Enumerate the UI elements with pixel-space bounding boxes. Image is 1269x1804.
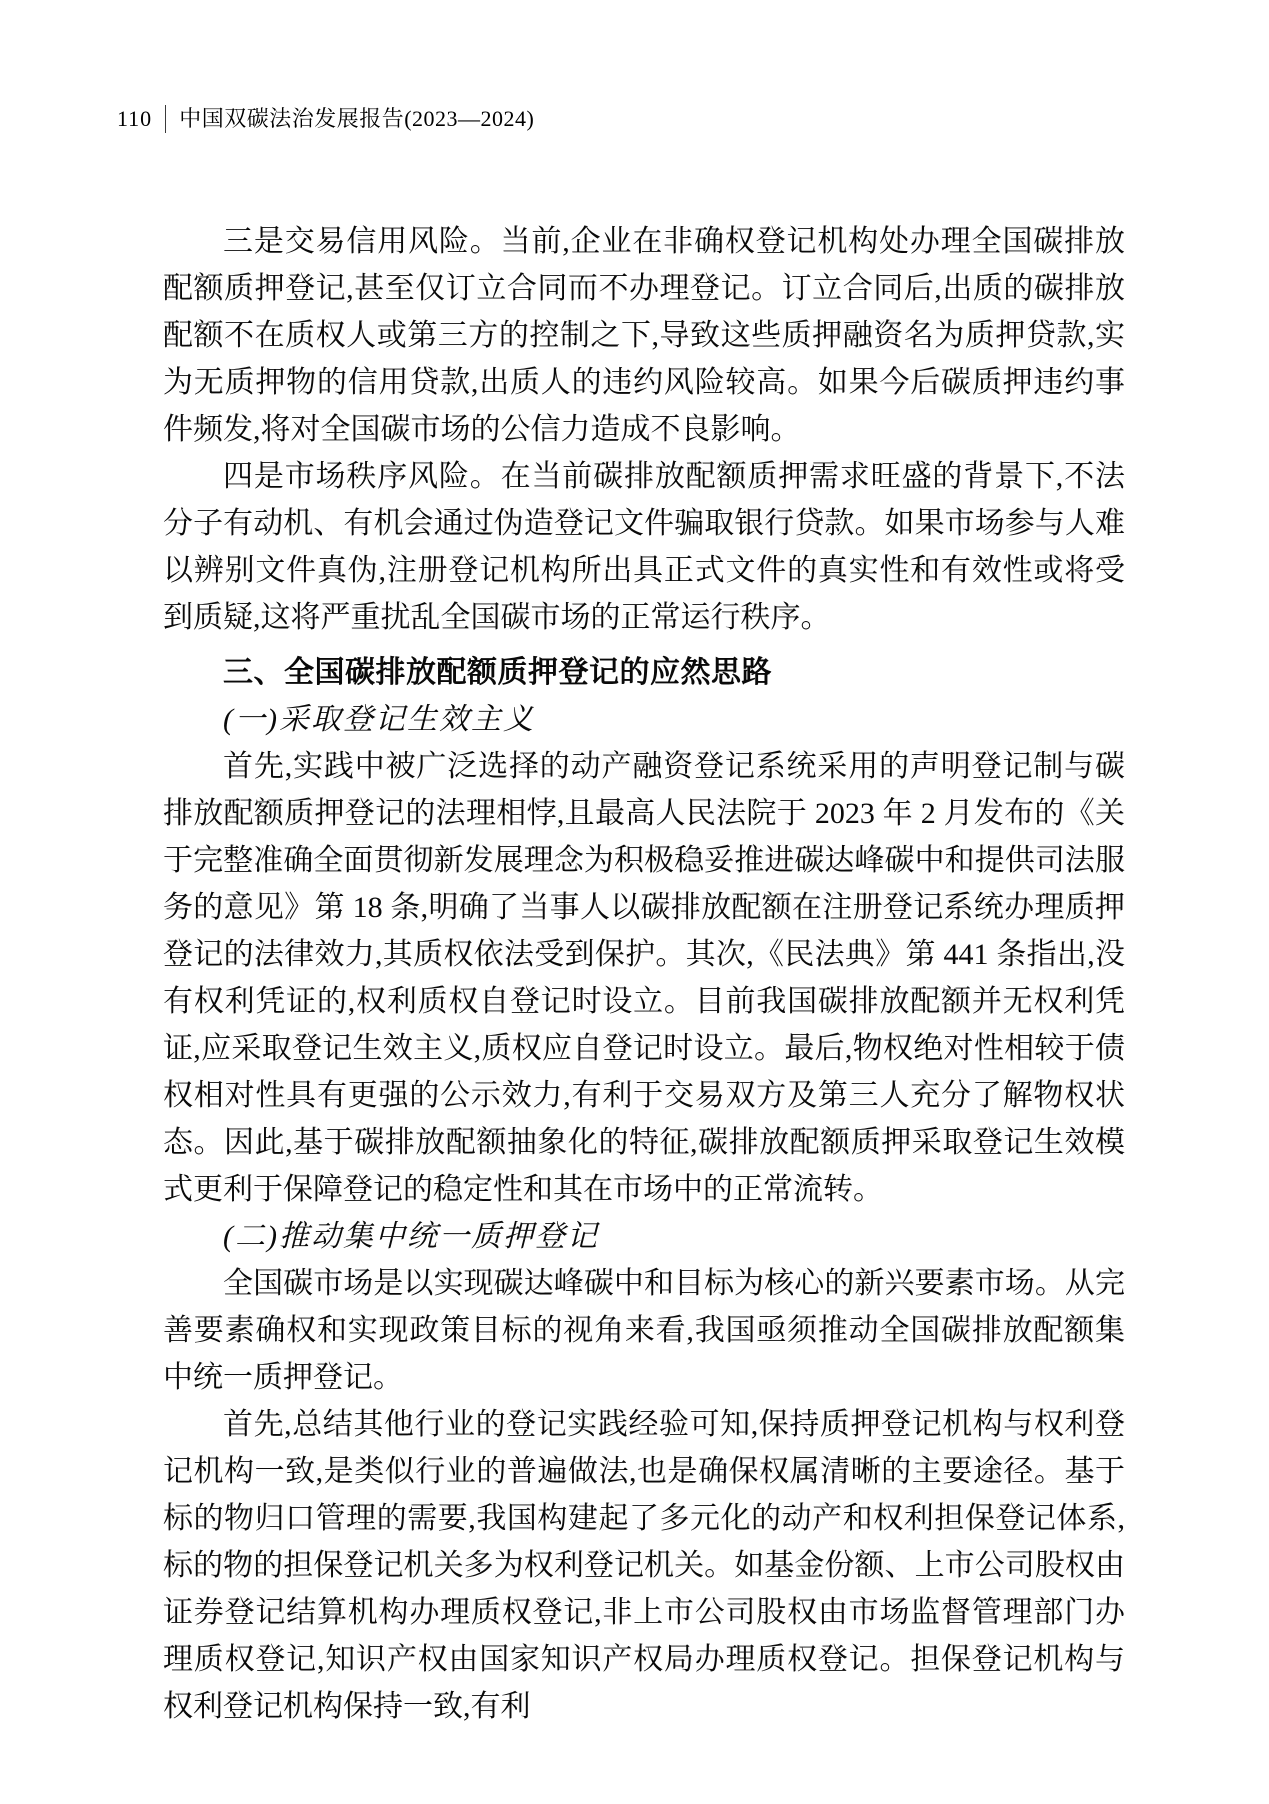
page-number: 110 <box>117 104 152 134</box>
paragraph-registry-practice: 首先,总结其他行业的登记实践经验可知,保持质押登记机构与权利登记机构一致,是类似… <box>163 1401 1125 1730</box>
header-divider <box>165 105 166 133</box>
page-body: 三是交易信用风险。当前,企业在非确权登记机构处办理全国碳排放配额质押登记,甚至仅… <box>163 218 1125 1730</box>
document-page: 110 中国双碳法治发展报告(2023—2024) 三是交易信用风险。当前,企业… <box>0 0 1269 1804</box>
page-header: 110 中国双碳法治发展报告(2023—2024) <box>117 104 534 134</box>
paragraph-carbon-market: 全国碳市场是以实现碳达峰碳中和目标为核心的新兴要素市场。从完善要素确权和实现政策… <box>163 1260 1125 1401</box>
book-title: 中国双碳法治发展报告(2023—2024) <box>179 104 534 134</box>
section-heading-3: 三、全国碳排放配额质押登记的应然思路 <box>163 649 1125 696</box>
paragraph-registration-effectiveness: 首先,实践中被广泛选择的动产融资登记系统采用的声明登记制与碳排放配额质押登记的法… <box>163 743 1125 1213</box>
subsection-heading-2: (二)推动集中统一质押登记 <box>163 1213 1125 1260</box>
paragraph-market-order-risk: 四是市场秩序风险。在当前碳排放配额质押需求旺盛的背景下,不法分子有动机、有机会通… <box>163 453 1125 641</box>
subsection-heading-1: (一)采取登记生效主义 <box>163 696 1125 743</box>
paragraph-credit-risk: 三是交易信用风险。当前,企业在非确权登记机构处办理全国碳排放配额质押登记,甚至仅… <box>163 218 1125 453</box>
